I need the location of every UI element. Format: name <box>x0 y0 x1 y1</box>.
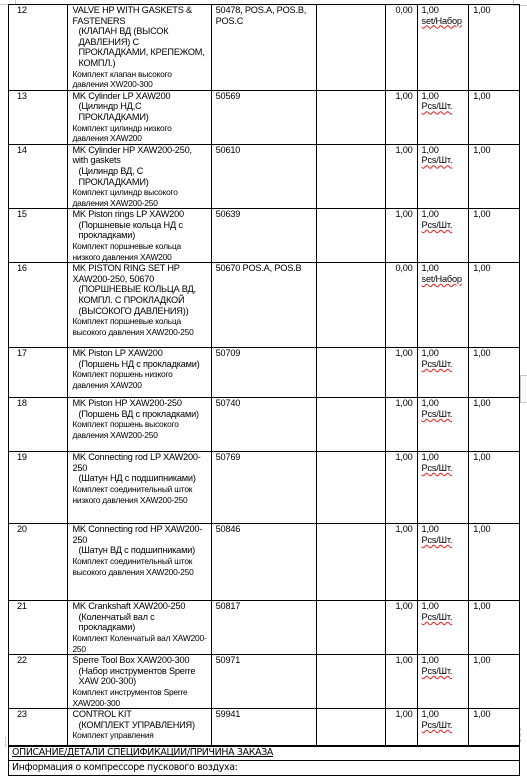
page-boundary-dash <box>520 728 521 742</box>
unit-of-measure: Pcs/Шт. <box>422 101 466 112</box>
item-number[interactable]: 17 <box>9 348 68 398</box>
unit-of-measure: Pcs/Шт. <box>422 409 466 420</box>
item-number[interactable]: 22 <box>9 655 68 709</box>
item-description[interactable]: MK Piston rings LP XAW200(Поршневые коль… <box>68 209 211 263</box>
empty-cell[interactable] <box>317 263 385 348</box>
value[interactable]: 1,00 <box>469 209 520 263</box>
item-number[interactable]: 14 <box>9 144 68 209</box>
description-ru: (Набор инструментов Sperre XAW 200-300) <box>72 666 207 687</box>
table-row: 20MK Connecting rod HP XAW200-250(Шатун … <box>9 524 520 601</box>
value[interactable]: 1,00 <box>469 524 520 601</box>
description-note: Комплект цилиндр высокого давления XAW20… <box>72 187 207 208</box>
description-ru: (Шатун НД с подшипниками) <box>72 473 207 484</box>
table-row: 22Sperre Tool Box XAW200-300(Набор инстр… <box>9 655 520 709</box>
item-description[interactable]: MK Piston HP XAW200-250(Поршень ВД с про… <box>68 398 211 452</box>
item-number[interactable]: 19 <box>9 452 68 524</box>
item-number[interactable]: 13 <box>9 90 68 144</box>
quantity[interactable]: 1,00 <box>385 144 417 209</box>
description-en: MK Connecting rod LP XAW200-250 <box>72 452 207 473</box>
description-note: Комплект клапан высокого давления XW200-… <box>72 69 207 90</box>
empty-cell[interactable] <box>317 5 385 91</box>
unit-of-measure: Pcs/Шт. <box>422 535 466 546</box>
description-note: Комплект инструментов Sperre XAW200-300 <box>72 687 207 708</box>
item-description[interactable]: MK Cylinder HP XAW200-250, with gaskets(… <box>68 144 211 209</box>
part-number[interactable]: 50670 POS.A, POS.B <box>211 263 317 348</box>
quantity[interactable]: 0,00 <box>385 263 417 348</box>
unit-of-measure: Pcs/Шт. <box>422 612 466 623</box>
unit-cell[interactable]: 1,00Pcs/Шт. <box>417 90 469 144</box>
unit-of-measure: Pcs/Шт. <box>422 155 466 166</box>
description-en: CONTROL KIT <box>72 709 207 720</box>
table-row: 14MK Cylinder HP XAW200-250, with gasket… <box>9 144 520 209</box>
part-number[interactable]: 50610 <box>211 144 317 209</box>
description-note: Комплект управления <box>72 730 207 741</box>
unit-of-measure: set/Набор <box>422 16 466 27</box>
quantity[interactable]: 1,00 <box>385 709 417 747</box>
description-ru: (Шатун ВД с подшипниками) <box>72 545 207 556</box>
unit-of-measure: Pcs/Шт. <box>422 463 466 474</box>
item-description[interactable]: MK PISTON RING SET HP XAW200-250, 50670(… <box>68 263 211 348</box>
table-row: 17MK Piston LP XAW200(Поршень НД с прокл… <box>9 348 520 398</box>
part-number[interactable]: 50709 <box>211 348 317 398</box>
table-row: 21MK Crankshaft XAW200-250(Коленчатый ва… <box>9 601 520 655</box>
item-description[interactable]: MK Connecting rod LP XAW200-250(Шатун НД… <box>68 452 211 524</box>
quantity[interactable]: 1,00 <box>385 452 417 524</box>
value[interactable]: 1,00 <box>469 144 520 209</box>
description-ru: (Поршень НД с прокладками) <box>72 359 207 370</box>
quantity[interactable]: 1,00 <box>385 655 417 709</box>
part-number[interactable]: 50817 <box>211 601 317 655</box>
item-description[interactable]: CONTROL KIT(КОМПЛЕКТ УПРАВЛЕНИЯ)Комплект… <box>68 709 211 747</box>
item-number[interactable]: 18 <box>9 398 68 452</box>
page-edge-marker <box>520 375 527 403</box>
item-number[interactable]: 20 <box>9 524 68 601</box>
description-note: Комплект поршень низкого давления XAW200 <box>72 369 207 390</box>
empty-cell[interactable] <box>317 601 385 655</box>
page-boundary-dash <box>5 737 6 747</box>
unit-cell[interactable]: 1,00Pcs/Шт. <box>417 144 469 209</box>
empty-cell[interactable] <box>317 655 385 709</box>
table-row: 15MK Piston rings LP XAW200(Поршневые ко… <box>9 209 520 263</box>
description-en: MK Piston LP XAW200 <box>72 348 207 359</box>
empty-cell[interactable] <box>317 398 385 452</box>
unit-quantity: 1,00 <box>422 209 466 220</box>
item-description[interactable]: Sperre Tool Box XAW200-300(Набор инструм… <box>68 655 211 709</box>
part-number[interactable]: 50769 <box>211 452 317 524</box>
unit-quantity: 1,00 <box>422 398 466 409</box>
empty-cell[interactable] <box>317 90 385 144</box>
empty-cell[interactable] <box>317 348 385 398</box>
item-description[interactable]: VALVE HP WITH GASKETS & FASTENERS(КЛАПАН… <box>68 5 211 91</box>
unit-quantity: 1,00 <box>422 145 466 156</box>
description-en: MK Crankshaft XAW200-250 <box>72 601 207 612</box>
value[interactable]: 1,00 <box>469 709 520 747</box>
notes-title[interactable]: ОПИСАНИЕ/ДЕТАЛИ СПЕЦИФИКАЦИИ/ПРИЧИНА ЗАК… <box>9 746 520 761</box>
notes-line[interactable]: Информация о компрессоре пускового возду… <box>9 761 520 776</box>
empty-cell[interactable] <box>317 452 385 524</box>
table-row: 13MK Cylinder LP XAW200(Цилиндр НД,С ПРО… <box>9 90 520 144</box>
empty-cell[interactable] <box>317 524 385 601</box>
description-note: Комплект соединительный шток высокого да… <box>72 556 207 577</box>
part-number[interactable]: 50478, POS.A, POS.B, POS.C <box>211 5 317 91</box>
part-number[interactable]: 50740 <box>211 398 317 452</box>
item-number[interactable]: 16 <box>9 263 68 348</box>
empty-cell[interactable] <box>317 209 385 263</box>
unit-quantity: 1,00 <box>422 348 466 359</box>
unit-quantity: 1,00 <box>422 263 466 274</box>
description-note: Комплект соединительный шток низкого дав… <box>72 484 207 505</box>
unit-of-measure: Pcs/Шт. <box>422 666 466 677</box>
empty-cell[interactable] <box>317 144 385 209</box>
part-number[interactable]: 59941 <box>211 709 317 747</box>
item-number[interactable]: 12 <box>9 5 68 91</box>
description-ru: (Коленчатый вал с прокладками) <box>72 612 207 633</box>
unit-quantity: 1,00 <box>422 655 466 666</box>
table-row: 12VALVE HP WITH GASKETS & FASTENERS(КЛАП… <box>9 5 520 91</box>
table-row: 18MK Piston HP XAW200-250(Поршень ВД с п… <box>9 398 520 452</box>
item-number[interactable]: 23 <box>9 709 68 747</box>
unit-cell[interactable]: 1,00Pcs/Шт. <box>417 524 469 601</box>
table-row: 16MK PISTON RING SET HP XAW200-250, 5067… <box>9 263 520 348</box>
value[interactable]: 1,00 <box>469 655 520 709</box>
value[interactable]: 1,00 <box>469 5 520 91</box>
item-number[interactable]: 15 <box>9 209 68 263</box>
description-ru: (Цилиндр НД,С ПРОКЛАДКАМИ) <box>72 101 207 122</box>
quantity[interactable]: 1,00 <box>385 524 417 601</box>
item-description[interactable]: MK Piston LP XAW200(Поршень НД с проклад… <box>68 348 211 398</box>
quantity[interactable]: 1,00 <box>385 90 417 144</box>
unit-quantity: 1,00 <box>422 452 466 463</box>
description-en: MK Cylinder LP XAW200 <box>72 91 207 102</box>
unit-cell[interactable]: 1,00set/Набор <box>417 5 469 91</box>
quantity[interactable]: 1,00 <box>385 601 417 655</box>
description-note: Комплект поршневые кольца низкого давлен… <box>72 241 207 262</box>
quantity[interactable]: 1,00 <box>385 348 417 398</box>
value[interactable]: 1,00 <box>469 452 520 524</box>
description-en: MK Connecting rod HP XAW200-250 <box>72 524 207 545</box>
value[interactable]: 1,00 <box>469 601 520 655</box>
value[interactable]: 1,00 <box>469 348 520 398</box>
order-notes-table: ОПИСАНИЕ/ДЕТАЛИ СПЕЦИФИКАЦИИ/ПРИЧИНА ЗАК… <box>8 745 520 776</box>
part-number[interactable]: 50846 <box>211 524 317 601</box>
unit-quantity: 1,00 <box>422 524 466 535</box>
unit-cell[interactable]: 1,00Pcs/Шт. <box>417 209 469 263</box>
description-en: MK PISTON RING SET HP XAW200-250, 50670 <box>72 263 207 284</box>
unit-of-measure: Pcs/Шт. <box>422 359 466 370</box>
description-ru: (Цилиндр ВД, С ПРОКЛАДКАМИ) <box>72 166 207 187</box>
description-ru: (КЛАПАН ВД (ВЫСОК ДАВЛЕНИЯ) С ПРОКЛАДКАМ… <box>72 26 207 68</box>
quantity[interactable]: 0,00 <box>385 5 417 91</box>
specification-table: 12VALVE HP WITH GASKETS & FASTENERS(КЛАП… <box>8 4 520 747</box>
description-en: MK Piston rings LP XAW200 <box>72 209 207 220</box>
unit-quantity: 1,00 <box>422 5 466 16</box>
item-number[interactable]: 21 <box>9 601 68 655</box>
value[interactable]: 1,00 <box>469 90 520 144</box>
unit-of-measure: set/Набор <box>422 274 466 285</box>
unit-cell[interactable]: 1,00Pcs/Шт. <box>417 452 469 524</box>
description-en: Sperre Tool Box XAW200-300 <box>72 655 207 666</box>
description-en: MK Cylinder HP XAW200-250, with gaskets <box>72 145 207 166</box>
value[interactable]: 1,00 <box>469 398 520 452</box>
unit-cell[interactable]: 1,00Pcs/Шт. <box>417 709 469 747</box>
part-number[interactable]: 50569 <box>211 90 317 144</box>
part-number[interactable]: 50639 <box>211 209 317 263</box>
table-row: 19MK Connecting rod LP XAW200-250(Шатун … <box>9 452 520 524</box>
unit-cell[interactable]: 1,00Pcs/Шт. <box>417 348 469 398</box>
value[interactable]: 1,00 <box>469 263 520 348</box>
unit-cell[interactable]: 1,00Pcs/Шт. <box>417 601 469 655</box>
description-ru: (ПОРШНЕВЫЕ КОЛЬЦА ВД, КОМПЛ. С ПРОКЛАДКО… <box>72 284 207 316</box>
description-ru: (Поршень ВД с прокладками) <box>72 409 207 420</box>
unit-of-measure: Pcs/Шт. <box>422 220 466 231</box>
unit-quantity: 1,00 <box>422 709 466 720</box>
quantity[interactable]: 1,00 <box>385 398 417 452</box>
unit-cell[interactable]: 1,00Pcs/Шт. <box>417 655 469 709</box>
unit-cell[interactable]: 1,00set/Набор <box>417 263 469 348</box>
description-ru: (КОМПЛЕКТ УПРАВЛЕНИЯ) <box>72 720 207 731</box>
description-ru: (Поршневые кольца НД с прокладками) <box>72 220 207 241</box>
quantity[interactable]: 1,00 <box>385 209 417 263</box>
empty-cell[interactable] <box>317 709 385 747</box>
unit-of-measure: Pcs/Шт. <box>422 720 466 731</box>
unit-quantity: 1,00 <box>422 601 466 612</box>
description-en: MK Piston HP XAW200-250 <box>72 398 207 409</box>
description-note: Комплект поршневые кольца высокого давле… <box>72 316 207 337</box>
description-en: VALVE HP WITH GASKETS & FASTENERS <box>72 5 207 26</box>
item-description[interactable]: MK Connecting rod HP XAW200-250(Шатун ВД… <box>68 524 211 601</box>
unit-cell[interactable]: 1,00Pcs/Шт. <box>417 398 469 452</box>
description-note: Комплект Коленчатый вал XAW200-250 <box>72 633 207 654</box>
item-description[interactable]: MK Cylinder LP XAW200(Цилиндр НД,С ПРОКЛ… <box>68 90 211 144</box>
table-row: 23CONTROL KIT(КОМПЛЕКТ УПРАВЛЕНИЯ)Компле… <box>9 709 520 747</box>
description-note: Комплект цилиндр низкого давления XAW200 <box>72 123 207 144</box>
item-description[interactable]: MK Crankshaft XAW200-250(Коленчатый вал … <box>68 601 211 655</box>
description-note: Комплект поршень высокого давления XAW20… <box>72 419 207 440</box>
unit-quantity: 1,00 <box>422 91 466 102</box>
part-number[interactable]: 50971 <box>211 655 317 709</box>
